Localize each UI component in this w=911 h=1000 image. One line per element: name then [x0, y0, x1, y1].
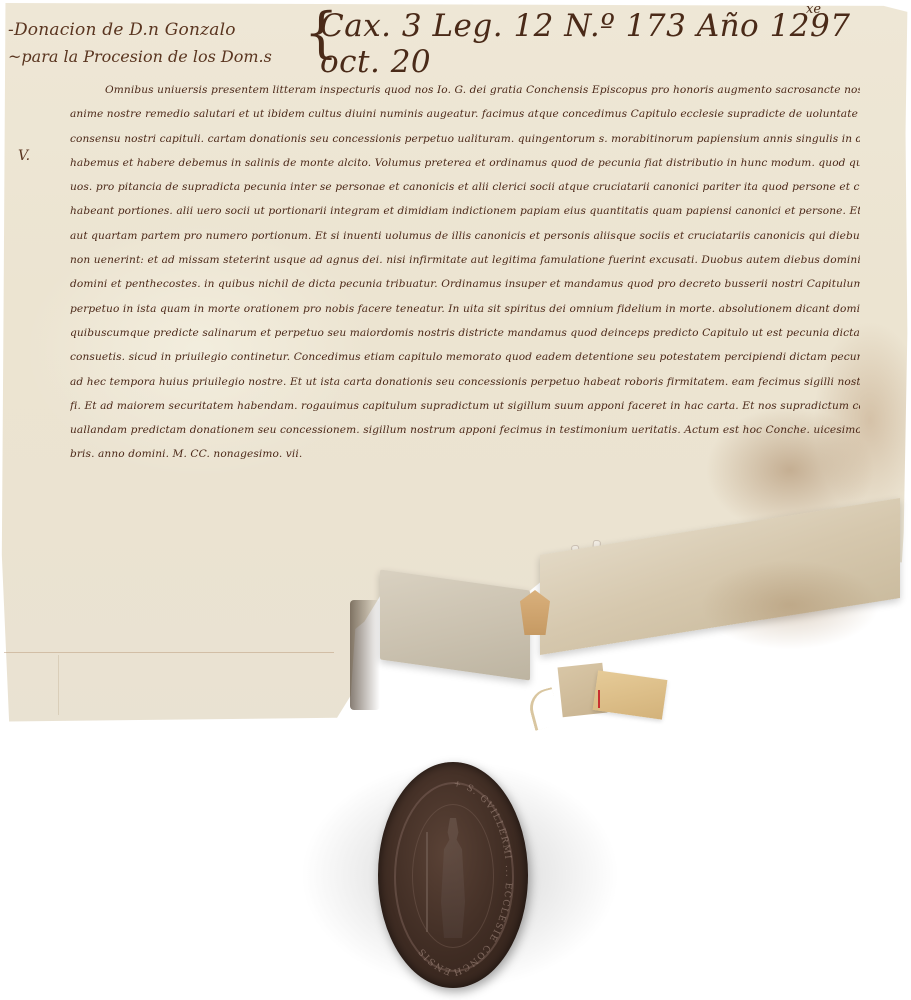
fold-crease-vertical	[58, 655, 59, 715]
svg-text:+ S. GVILLERMI ... ECCLESIE CO: + S. GVILLERMI ... ECCLESIE CONCHENSIS	[416, 779, 513, 977]
body-line: quibuscumque predicte salinarum et perpe…	[70, 321, 860, 345]
body-line: uos. pro pitancia de supradicta pecunia …	[70, 175, 860, 199]
body-line: perpetuo in ista quam in morte orationem…	[70, 297, 860, 321]
body-line: anime nostre remedio salutari et ut ibid…	[70, 102, 860, 126]
fold-crease	[4, 652, 334, 653]
seal-tag-tail	[526, 687, 562, 731]
annotation-title-line-2: ~para la Procesion de los Dom.s	[8, 47, 272, 66]
body-line: habemus et habere debemus in salinis de …	[70, 151, 860, 175]
body-line: uallandam predictam donationem seu conce…	[70, 418, 860, 442]
annotation-title-line-1: -Donacion de D.n Gonzalo	[8, 20, 236, 40]
body-line: non uenerint: et ad missam steterint usq…	[70, 248, 860, 272]
seal-legend-text: + S. GVILLERMI ... ECCLESIE CONCHENSIS	[416, 779, 513, 977]
wax-seal: + S. GVILLERMI ... ECCLESIE CONCHENSIS	[378, 762, 528, 988]
body-line: domini et penthecostes. in quibus nichil…	[70, 272, 860, 296]
charter-body: Omnibus uniuersis presentem litteram ins…	[70, 78, 860, 467]
torn-edge-shadow	[350, 600, 380, 710]
body-line: aut quartam partem pro numero portionum.…	[70, 224, 860, 248]
body-line: consensu nostri capituli. cartam donatio…	[70, 127, 860, 151]
body-line: bris. anno domini. M. CC. nonagesimo. vi…	[70, 442, 860, 466]
body-line: ad hec tempora huius priuilegio nostre. …	[70, 370, 860, 394]
body-line: habeant portiones. alii uero socii ut po…	[70, 199, 860, 223]
document-photograph: -Donacion de D.n Gonzalo ~para la Proces…	[0, 0, 911, 1000]
body-line: Omnibus uniuersis presentem litteram ins…	[70, 78, 860, 102]
seal-legend: + S. GVILLERMI ... ECCLESIE CONCHENSIS	[378, 762, 528, 988]
stain	[700, 560, 880, 650]
archive-reference-superscript: xe	[806, 2, 821, 17]
body-line: consuetis. sicud in priuilegio continetu…	[70, 345, 860, 369]
red-thread	[598, 690, 600, 708]
margin-mark: V.	[18, 148, 30, 164]
archive-reference: Cax. 3 Leg. 12 N.º 173 Año 1297 oct. 20	[320, 8, 911, 80]
body-line: fi. Et ad maiorem securitatem habendam. …	[70, 394, 860, 418]
archive-reference-day: 20	[391, 44, 431, 80]
